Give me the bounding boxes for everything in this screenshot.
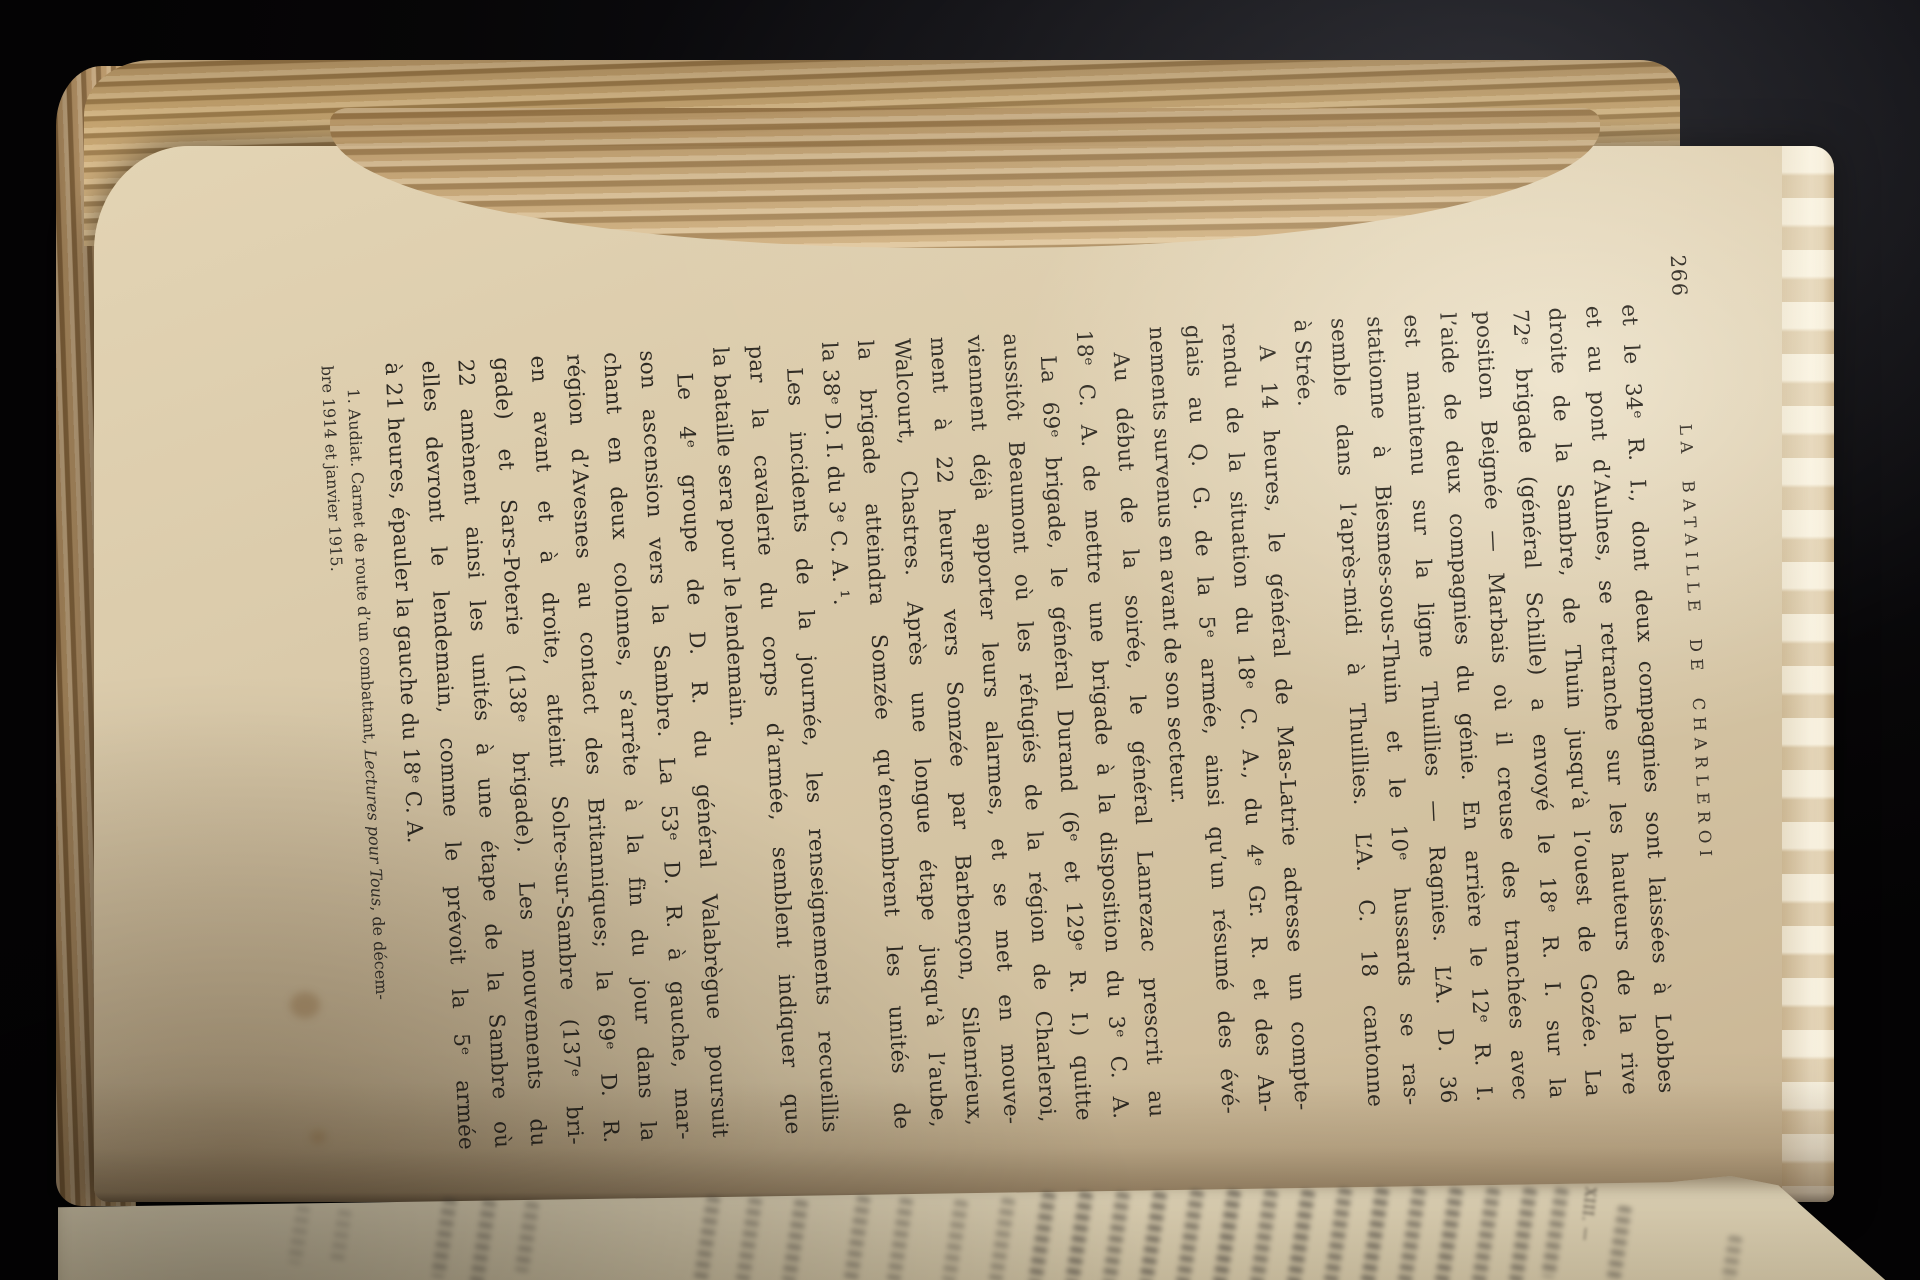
page-text: 266 LA BATAILLE DE CHARLEROI et le 34ᵉ R… (298, 301, 1734, 1156)
stain (290, 992, 320, 1018)
torn-paper-edge (1782, 146, 1834, 1202)
footnote-italic-title: Lectures pour Tous (360, 749, 386, 906)
book-photo: 266 LA BATAILLE DE CHARLEROI et le 34ᵉ R… (0, 0, 1920, 1280)
page-number: 266 (1666, 254, 1692, 297)
body-text: et le 34ᵉ R. I., dont deux compagnies so… (373, 303, 1683, 1152)
stain (310, 1130, 326, 1144)
